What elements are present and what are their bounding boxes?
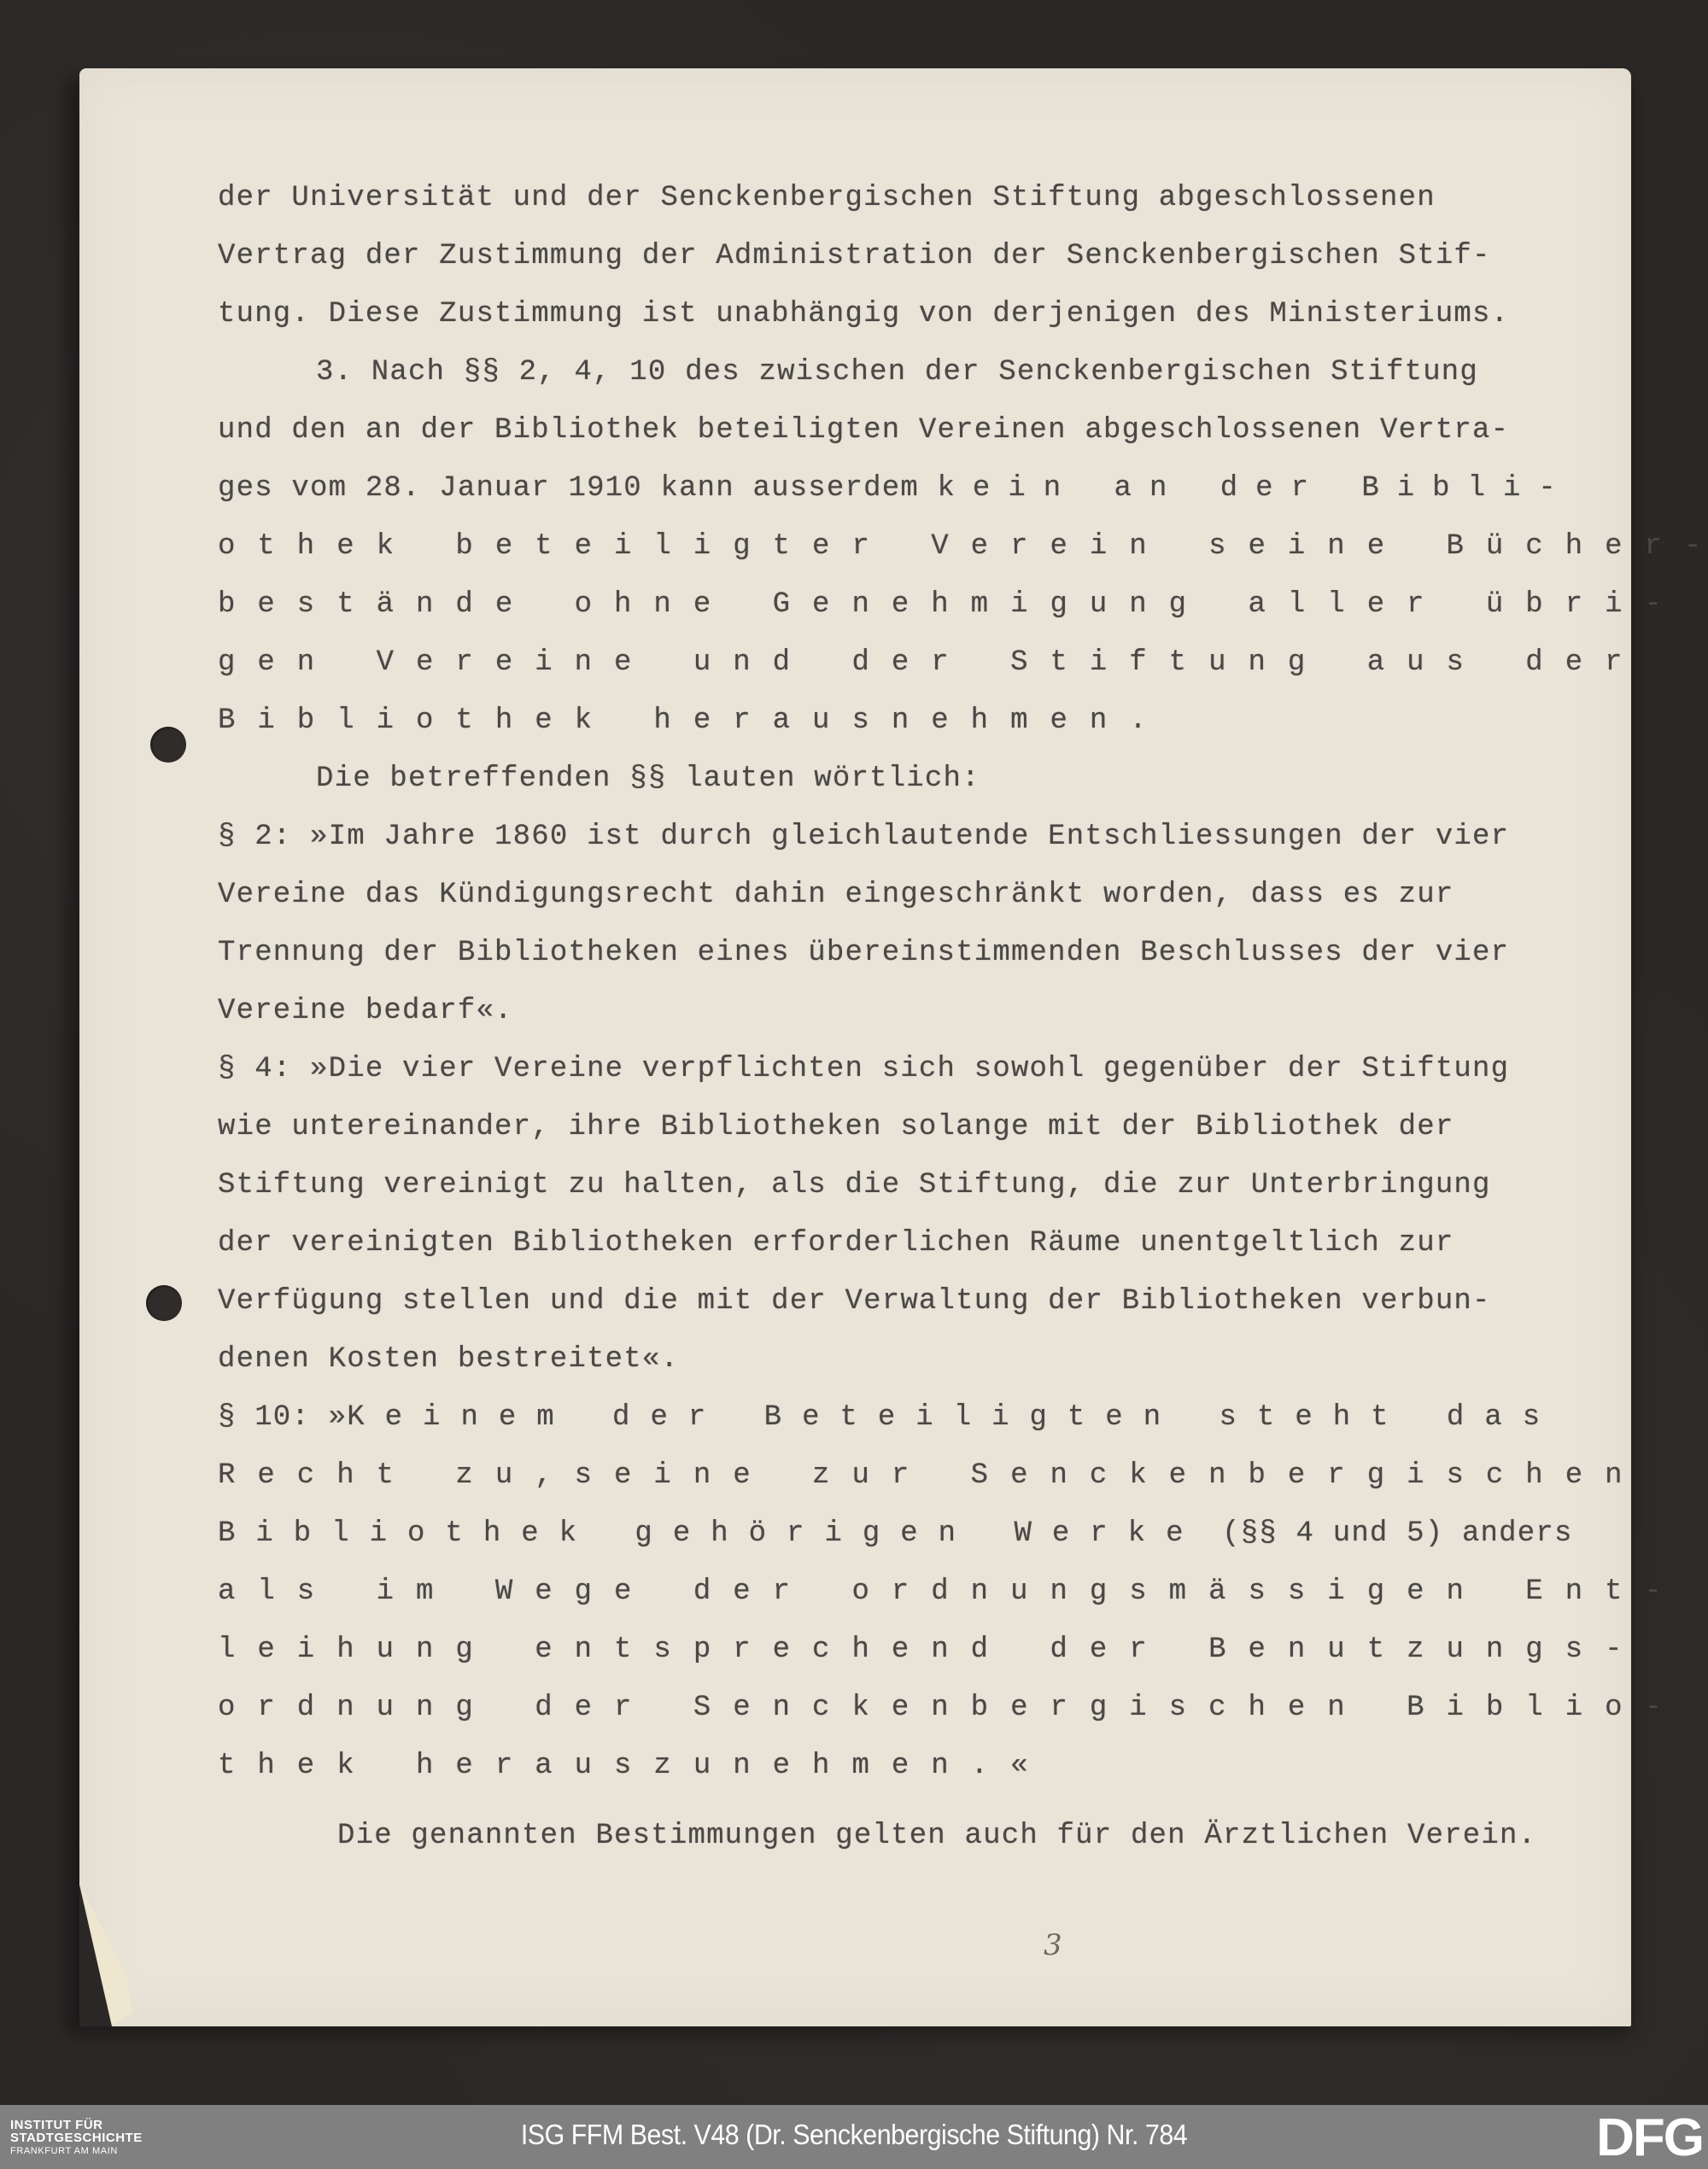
text-line: Stiftung vereinigt zu halten, als die St… (218, 1168, 1491, 1202)
archive-signature-caption: ISG FFM Best. V48 (Dr. Senckenbergische … (68, 2119, 1640, 2151)
spaced-emphasis: Keinem der Beteiligten steht das (347, 1401, 1560, 1434)
text-line: ges vom 28. Januar 1910 kann ausserdem k… (218, 471, 1574, 506)
punch-hole-bottom (146, 1285, 182, 1321)
text-line: Trennung der Bibliotheken eines übereins… (218, 936, 1509, 970)
punch-hole-top (150, 727, 186, 763)
spaced-emphasis: kein an der Bibli- (938, 472, 1574, 505)
spaced-emphasis-line: als im Wege der ordnungsmässigen Ent- (218, 1575, 1684, 1609)
text-line: Vereine bedarf«. (218, 994, 513, 1028)
spaced-emphasis-line: leihung entsprechend der Benutzungs- (218, 1633, 1645, 1667)
text-line: tung. Diese Zustimmung ist unabhängig vo… (218, 297, 1509, 331)
dfg-logo: DFG (1596, 2112, 1703, 2165)
spaced-emphasis: Bibliothek gehörigen Werke (218, 1517, 1204, 1550)
spaced-emphasis-line: Recht zu,seine zur Senckenbergischen (218, 1459, 1645, 1493)
spaced-emphasis-line: gen Vereine und der Stiftung aus der (218, 646, 1645, 680)
spaced-emphasis-line: bestände ohne Genehmigung aller übri- (218, 588, 1684, 622)
spaced-emphasis-line: thek herauszunehmen.« (218, 1749, 1050, 1783)
text-line: Vereine das Kündigungsrecht dahin einges… (218, 878, 1454, 912)
spaced-emphasis-line: ordnung der Senckenbergischen Biblio- (218, 1691, 1684, 1725)
text-line: Die genannten Bestimmungen gelten auch f… (337, 1819, 1536, 1853)
text-line: Verfügung stellen und die mit der Verwal… (218, 1284, 1491, 1318)
text-line: 3. Nach §§ 2, 4, 10 des zwischen der Sen… (316, 355, 1478, 389)
spaced-emphasis-line: Bibliothek herausnehmen. (218, 704, 1169, 738)
archive-footer-bar: INSTITUT FÜR STADTGESCHICHTE FRANKFURT A… (0, 2105, 1708, 2169)
text-line: Bibliothek gehörigen Werke (§§ 4 und 5) … (218, 1517, 1573, 1551)
text-line: Vertrag der Zustimmung der Administratio… (218, 239, 1491, 273)
text-line: und den an der Bibliothek beteiligten Ve… (218, 413, 1509, 447)
text-line: § 4: »Die vier Vereine verpflichten sich… (218, 1052, 1509, 1086)
handwritten-page-number: 3 (1044, 1928, 1062, 1962)
text-line: denen Kosten bestreitet«. (218, 1342, 679, 1377)
text-line: § 10: »Keinem der Beteiligten steht das (218, 1400, 1560, 1435)
text-line: § 2: »Im Jahre 1860 ist durch gleichlaut… (218, 820, 1509, 854)
text-line: wie untereinander, ihre Bibliotheken sol… (218, 1110, 1454, 1144)
text-line: der vereinigten Bibliotheken erforderlic… (218, 1226, 1454, 1260)
text-line: der Universität und der Senckenbergische… (218, 181, 1436, 215)
text-segment: § 10: » (218, 1401, 347, 1434)
text-segment: ges vom 28. Januar 1910 kann ausserdem (218, 472, 938, 505)
spaced-emphasis-line: othek beteiligter Verein seine Bücher- (218, 529, 1708, 564)
text-line: Die betreffenden §§ lauten wörtlich: (316, 762, 980, 796)
text-segment: (§§ 4 und 5) anders (1204, 1517, 1573, 1550)
